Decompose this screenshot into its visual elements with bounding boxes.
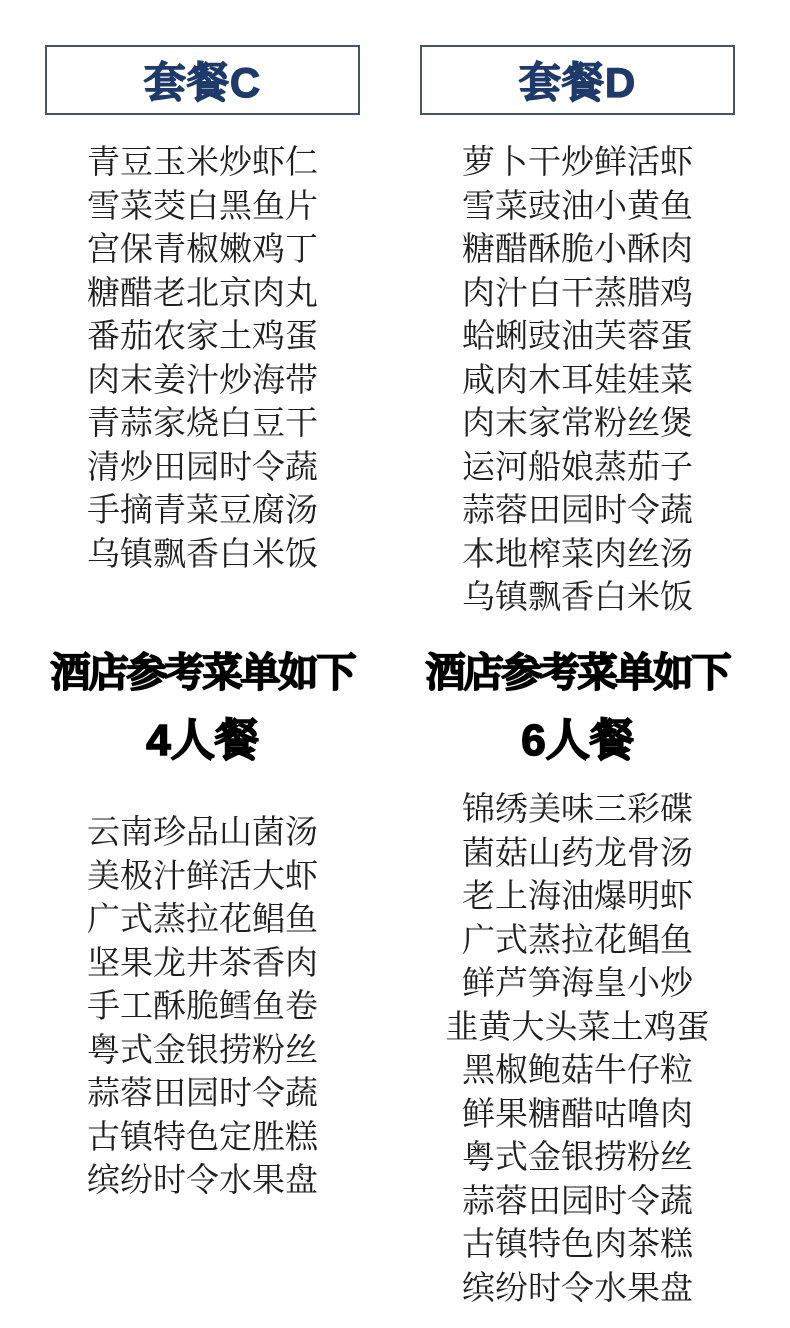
meal-size-6-person: 6人餐 [388, 704, 767, 768]
dish-item: 韭黄大头菜土鸡蛋 [388, 1005, 767, 1049]
dish-item: 青豆玉米炒虾仁 [25, 140, 380, 184]
reference-6-person-dish-list: 锦绣美味三彩碟 菌菇山药龙骨汤 老上海油爆明虾 广式蒸拉花鲳鱼 鲜芦笋海皇小炒 … [388, 787, 767, 1309]
dish-item: 乌镇飘香白米饭 [25, 532, 380, 576]
set-meal-d-title: 套餐D [519, 50, 636, 110]
dish-item: 美极汁鲜活大虾 [25, 854, 380, 898]
dish-item: 缤纷时令水果盘 [388, 1266, 767, 1310]
dish-item: 缤纷时令水果盘 [25, 1158, 380, 1202]
dish-item: 番茄农家土鸡蛋 [25, 314, 380, 358]
dish-item: 黑椒鲍菇牛仔粒 [388, 1048, 767, 1092]
reference-menu-header-left: 酒店参考菜单如下 [13, 641, 392, 698]
dish-item: 粤式金银捞粉丝 [25, 1028, 380, 1072]
dish-item: 蒜蓉田园时令蔬 [388, 1179, 767, 1223]
dish-item: 锦绣美味三彩碟 [388, 787, 767, 831]
set-meal-d-box: 套餐D [420, 45, 735, 115]
dish-item: 肉末姜汁炒海带 [25, 358, 380, 402]
dish-item: 坚果龙井茶香肉 [25, 941, 380, 985]
dish-item: 雪菜豉油小黄鱼 [400, 184, 755, 228]
dish-item: 蛤蜊豉油芙蓉蛋 [400, 314, 755, 358]
dish-item: 古镇特色定胜糕 [25, 1115, 380, 1159]
dish-item: 鲜芦笋海皇小炒 [388, 961, 767, 1005]
dish-item: 老上海油爆明虾 [388, 874, 767, 918]
dish-item: 咸肉木耳娃娃菜 [400, 358, 755, 402]
set-meal-c-title: 套餐C [144, 50, 261, 110]
dish-item: 云南珍品山菌汤 [25, 810, 380, 854]
dish-item: 古镇特色肉茶糕 [388, 1222, 767, 1266]
dish-item: 肉末家常粉丝煲 [400, 401, 755, 445]
reference-menu-header-right: 酒店参考菜单如下 [388, 641, 767, 698]
meal-size-4-person: 4人餐 [13, 704, 392, 768]
dish-item: 本地榨菜肉丝汤 [400, 532, 755, 576]
dish-item: 蒜蓉田园时令蔬 [400, 488, 755, 532]
set-meal-c-box: 套餐C [45, 45, 360, 115]
dish-item: 雪菜茭白黑鱼片 [25, 184, 380, 228]
menu-page: 套餐C 套餐D 青豆玉米炒虾仁 雪菜茭白黑鱼片 宫保青椒嫩鸡丁 糖醋老北京肉丸 … [0, 0, 790, 1328]
dish-item: 青蒜家烧白豆干 [25, 401, 380, 445]
dish-item: 糖醋酥脆小酥肉 [400, 227, 755, 271]
dish-item: 广式蒸拉花鲳鱼 [388, 918, 767, 962]
dish-item: 乌镇飘香白米饭 [400, 575, 755, 619]
reference-4-person-dish-list: 云南珍品山菌汤 美极汁鲜活大虾 广式蒸拉花鲳鱼 坚果龙井茶香肉 手工酥脆鳕鱼卷 … [25, 810, 380, 1202]
set-meal-d-dish-list: 萝卜干炒鲜活虾 雪菜豉油小黄鱼 糖醋酥脆小酥肉 肉汁白干蒸腊鸡 蛤蜊豉油芙蓉蛋 … [400, 140, 755, 619]
dish-item: 宫保青椒嫩鸡丁 [25, 227, 380, 271]
dish-item: 糖醋老北京肉丸 [25, 271, 380, 315]
dish-item: 手工酥脆鳕鱼卷 [25, 984, 380, 1028]
set-meal-c-dish-list: 青豆玉米炒虾仁 雪菜茭白黑鱼片 宫保青椒嫩鸡丁 糖醋老北京肉丸 番茄农家土鸡蛋 … [25, 140, 380, 575]
dish-item: 运河船娘蒸茄子 [400, 445, 755, 489]
dish-item: 粤式金银捞粉丝 [388, 1135, 767, 1179]
dish-item: 蒜蓉田园时令蔬 [25, 1071, 380, 1115]
dish-item: 肉汁白干蒸腊鸡 [400, 271, 755, 315]
dish-item: 清炒田园时令蔬 [25, 445, 380, 489]
dish-item: 菌菇山药龙骨汤 [388, 831, 767, 875]
dish-item: 广式蒸拉花鲳鱼 [25, 897, 380, 941]
dish-item: 手摘青菜豆腐汤 [25, 488, 380, 532]
dish-item: 鲜果糖醋咕噜肉 [388, 1092, 767, 1136]
dish-item: 萝卜干炒鲜活虾 [400, 140, 755, 184]
